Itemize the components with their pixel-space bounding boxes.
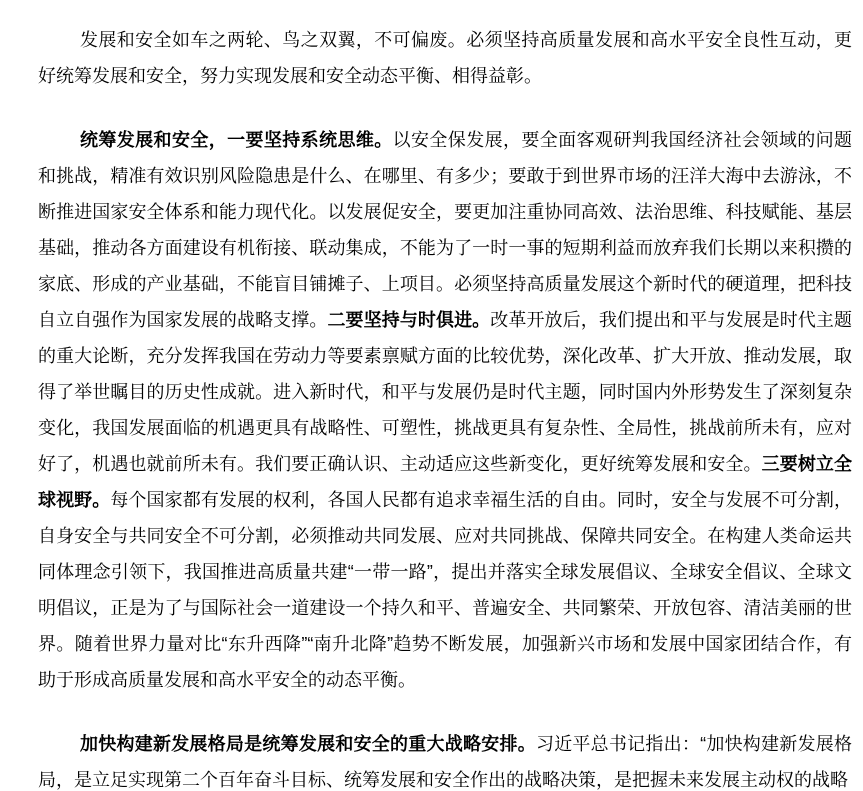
text-run-bold: 统筹发展和安全，一要坚持系统思维。	[80, 130, 393, 150]
document-body: 发展和安全如车之两轮、鸟之双翼，不可偏废。必须坚持高质量发展和高水平安全良性互动…	[38, 22, 852, 791]
text-run-bold: 加快构建新发展格局是统筹发展和安全的重大战略安排。	[80, 734, 536, 754]
text-run-bold: 二要坚持与时俱进。	[327, 310, 490, 330]
paragraph: 加快构建新发展格局是统筹发展和安全的重大战略安排。习近平总书记指出：“加快构建新…	[38, 726, 852, 791]
document-page: 发展和安全如车之两轮、鸟之双翼，不可偏废。必须坚持高质量发展和高水平安全良性互动…	[0, 0, 863, 791]
text-run: 发展和安全如车之两轮、鸟之双翼，不可偏废。必须坚持高质量发展和高水平安全良性互动…	[38, 30, 852, 86]
text-run: 以安全保发展，要全面客观研判我国经济社会领域的问题和挑战，精准有效识别风险隐患是…	[38, 130, 852, 330]
paragraph: 发展和安全如车之两轮、鸟之双翼，不可偏废。必须坚持高质量发展和高水平安全良性互动…	[38, 22, 852, 94]
text-run: 改革开放后，我们提出和平与发展是时代主题的重大论断，充分发挥我国在劳动力等要素禀…	[38, 310, 852, 474]
paragraph: 统筹发展和安全，一要坚持系统思维。以安全保发展，要全面客观研判我国经济社会领域的…	[38, 122, 852, 698]
text-run: 每个国家都有发展的权利，各国人民都有追求幸福生活的自由。同时，安全与发展不可分割…	[38, 490, 852, 690]
